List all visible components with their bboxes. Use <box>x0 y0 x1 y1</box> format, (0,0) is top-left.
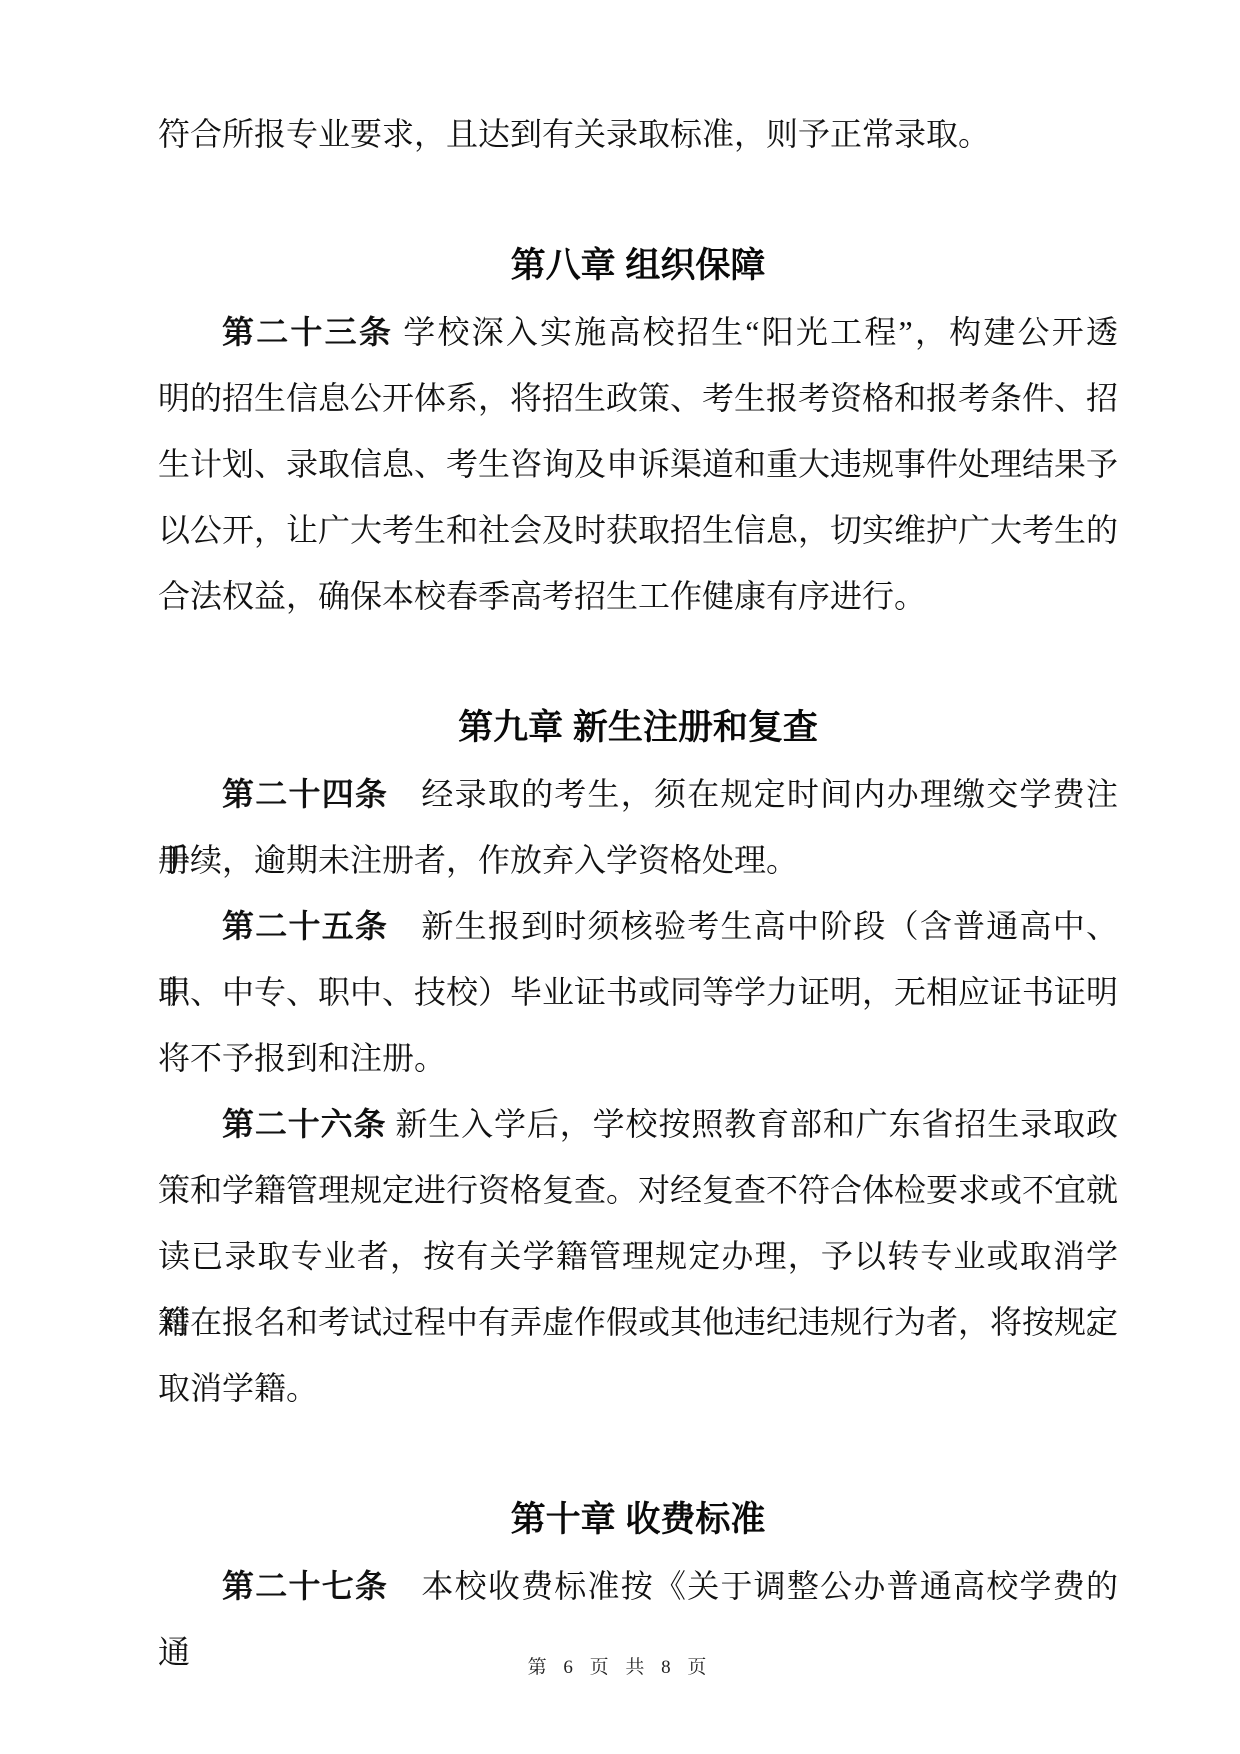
article-number: 第二十六条 <box>222 1106 386 1142</box>
line-text: 职、中专、职中、技校）毕业证书或同等学力证明，无相应证书证明 <box>158 974 1118 1010</box>
line-text: 合法权益，确保本校春季高考招生工作健康有序进行。 <box>158 578 926 614</box>
line-text: 明的招生信息公开体系，将招生政策、考生报考资格和报考条件、招 <box>158 380 1118 416</box>
document-body: 符合所报专业要求，且达到有关录取标准，则予正常录取。 第八章 组织保障 第二十三… <box>158 101 1118 1619</box>
text-line: 将不予报到和注册。 <box>158 1025 1118 1091</box>
chapter-heading: 第九章 新生注册和复查 <box>158 695 1118 761</box>
article-number: 第二十五条 <box>222 908 388 944</box>
text-line: 生计划、录取信息、考生咨询及申诉渠道和重大违规事件处理结果予 <box>158 431 1118 497</box>
line-text: 第八章 组织保障 <box>511 246 766 285</box>
article-number: 第二十四条 <box>222 776 388 812</box>
chapter-heading: 第八章 组织保障 <box>158 233 1118 299</box>
text-line: 以公开，让广大考生和社会及时获取招生信息，切实维护广大考生的 <box>158 497 1118 563</box>
line-text: 取消学籍。 <box>158 1370 318 1406</box>
line-text: 新生入学后，学校按照教育部和广东省招生录取政 <box>386 1106 1118 1142</box>
text-line: 读已录取专业者，按有关学籍管理规定办理，予以转专业或取消学籍。 <box>158 1223 1118 1289</box>
text-line: 对在报名和考试过程中有弄虚作假或其他违纪违规行为者，将按规定 <box>158 1289 1118 1355</box>
line-text: 符合所报专业要求，且达到有关录取标准，则予正常录取。 <box>158 116 990 152</box>
page-number: 第 6 页 共 8 页 <box>0 1652 1240 1679</box>
text-line: 职、中专、职中、技校）毕业证书或同等学力证明，无相应证书证明 <box>158 959 1118 1025</box>
line-text: 手续，逾期未注册者，作放弃入学资格处理。 <box>158 842 798 878</box>
text-line: 第二十三条 学校深入实施高校招生“阳光工程”，构建公开透 <box>158 299 1118 365</box>
line-text: 第九章 新生注册和复查 <box>458 708 818 747</box>
text-line: 合法权益，确保本校春季高考招生工作健康有序进行。 <box>158 563 1118 629</box>
line-text: 第十章 收费标准 <box>511 1500 766 1539</box>
line-text: 生计划、录取信息、考生咨询及申诉渠道和重大违规事件处理结果予 <box>158 446 1118 482</box>
article-number: 第二十三条 <box>222 314 393 350</box>
line-text: 将不予报到和注册。 <box>158 1040 446 1076</box>
line-text: 以公开，让广大考生和社会及时获取招生信息，切实维护广大考生的 <box>158 512 1118 548</box>
article-number: 第二十七条 <box>222 1568 388 1604</box>
text-line: 手续，逾期未注册者，作放弃入学资格处理。 <box>158 827 1118 893</box>
text-line: 明的招生信息公开体系，将招生政策、考生报考资格和报考条件、招 <box>158 365 1118 431</box>
text-line: 策和学籍管理规定进行资格复查。对经复查不符合体检要求或不宜就 <box>158 1157 1118 1223</box>
document-page: 符合所报专业要求，且达到有关录取标准，则予正常录取。 第八章 组织保障 第二十三… <box>0 0 1240 1754</box>
line-text: 学校深入实施高校招生“阳光工程”，构建公开透 <box>393 314 1118 350</box>
text-line: 第二十六条 新生入学后，学校按照教育部和广东省招生录取政 <box>158 1091 1118 1157</box>
text-line: 第二十七条 本校收费标准按《关于调整公办普通高校学费的通 <box>158 1553 1118 1619</box>
line-text: 对在报名和考试过程中有弄虚作假或其他违纪违规行为者，将按规定 <box>158 1304 1118 1340</box>
chapter-heading: 第十章 收费标准 <box>158 1487 1118 1553</box>
text-line: 取消学籍。 <box>158 1355 1118 1421</box>
line-text: 策和学籍管理规定进行资格复查。对经复查不符合体检要求或不宜就 <box>158 1172 1118 1208</box>
text-line: 第二十四条 经录取的考生，须在规定时间内办理缴交学费注册 <box>158 761 1118 827</box>
text-line: 符合所报专业要求，且达到有关录取标准，则予正常录取。 <box>158 101 1118 167</box>
text-line: 第二十五条 新生报到时须核验考生高中阶段（含普通高中、中 <box>158 893 1118 959</box>
